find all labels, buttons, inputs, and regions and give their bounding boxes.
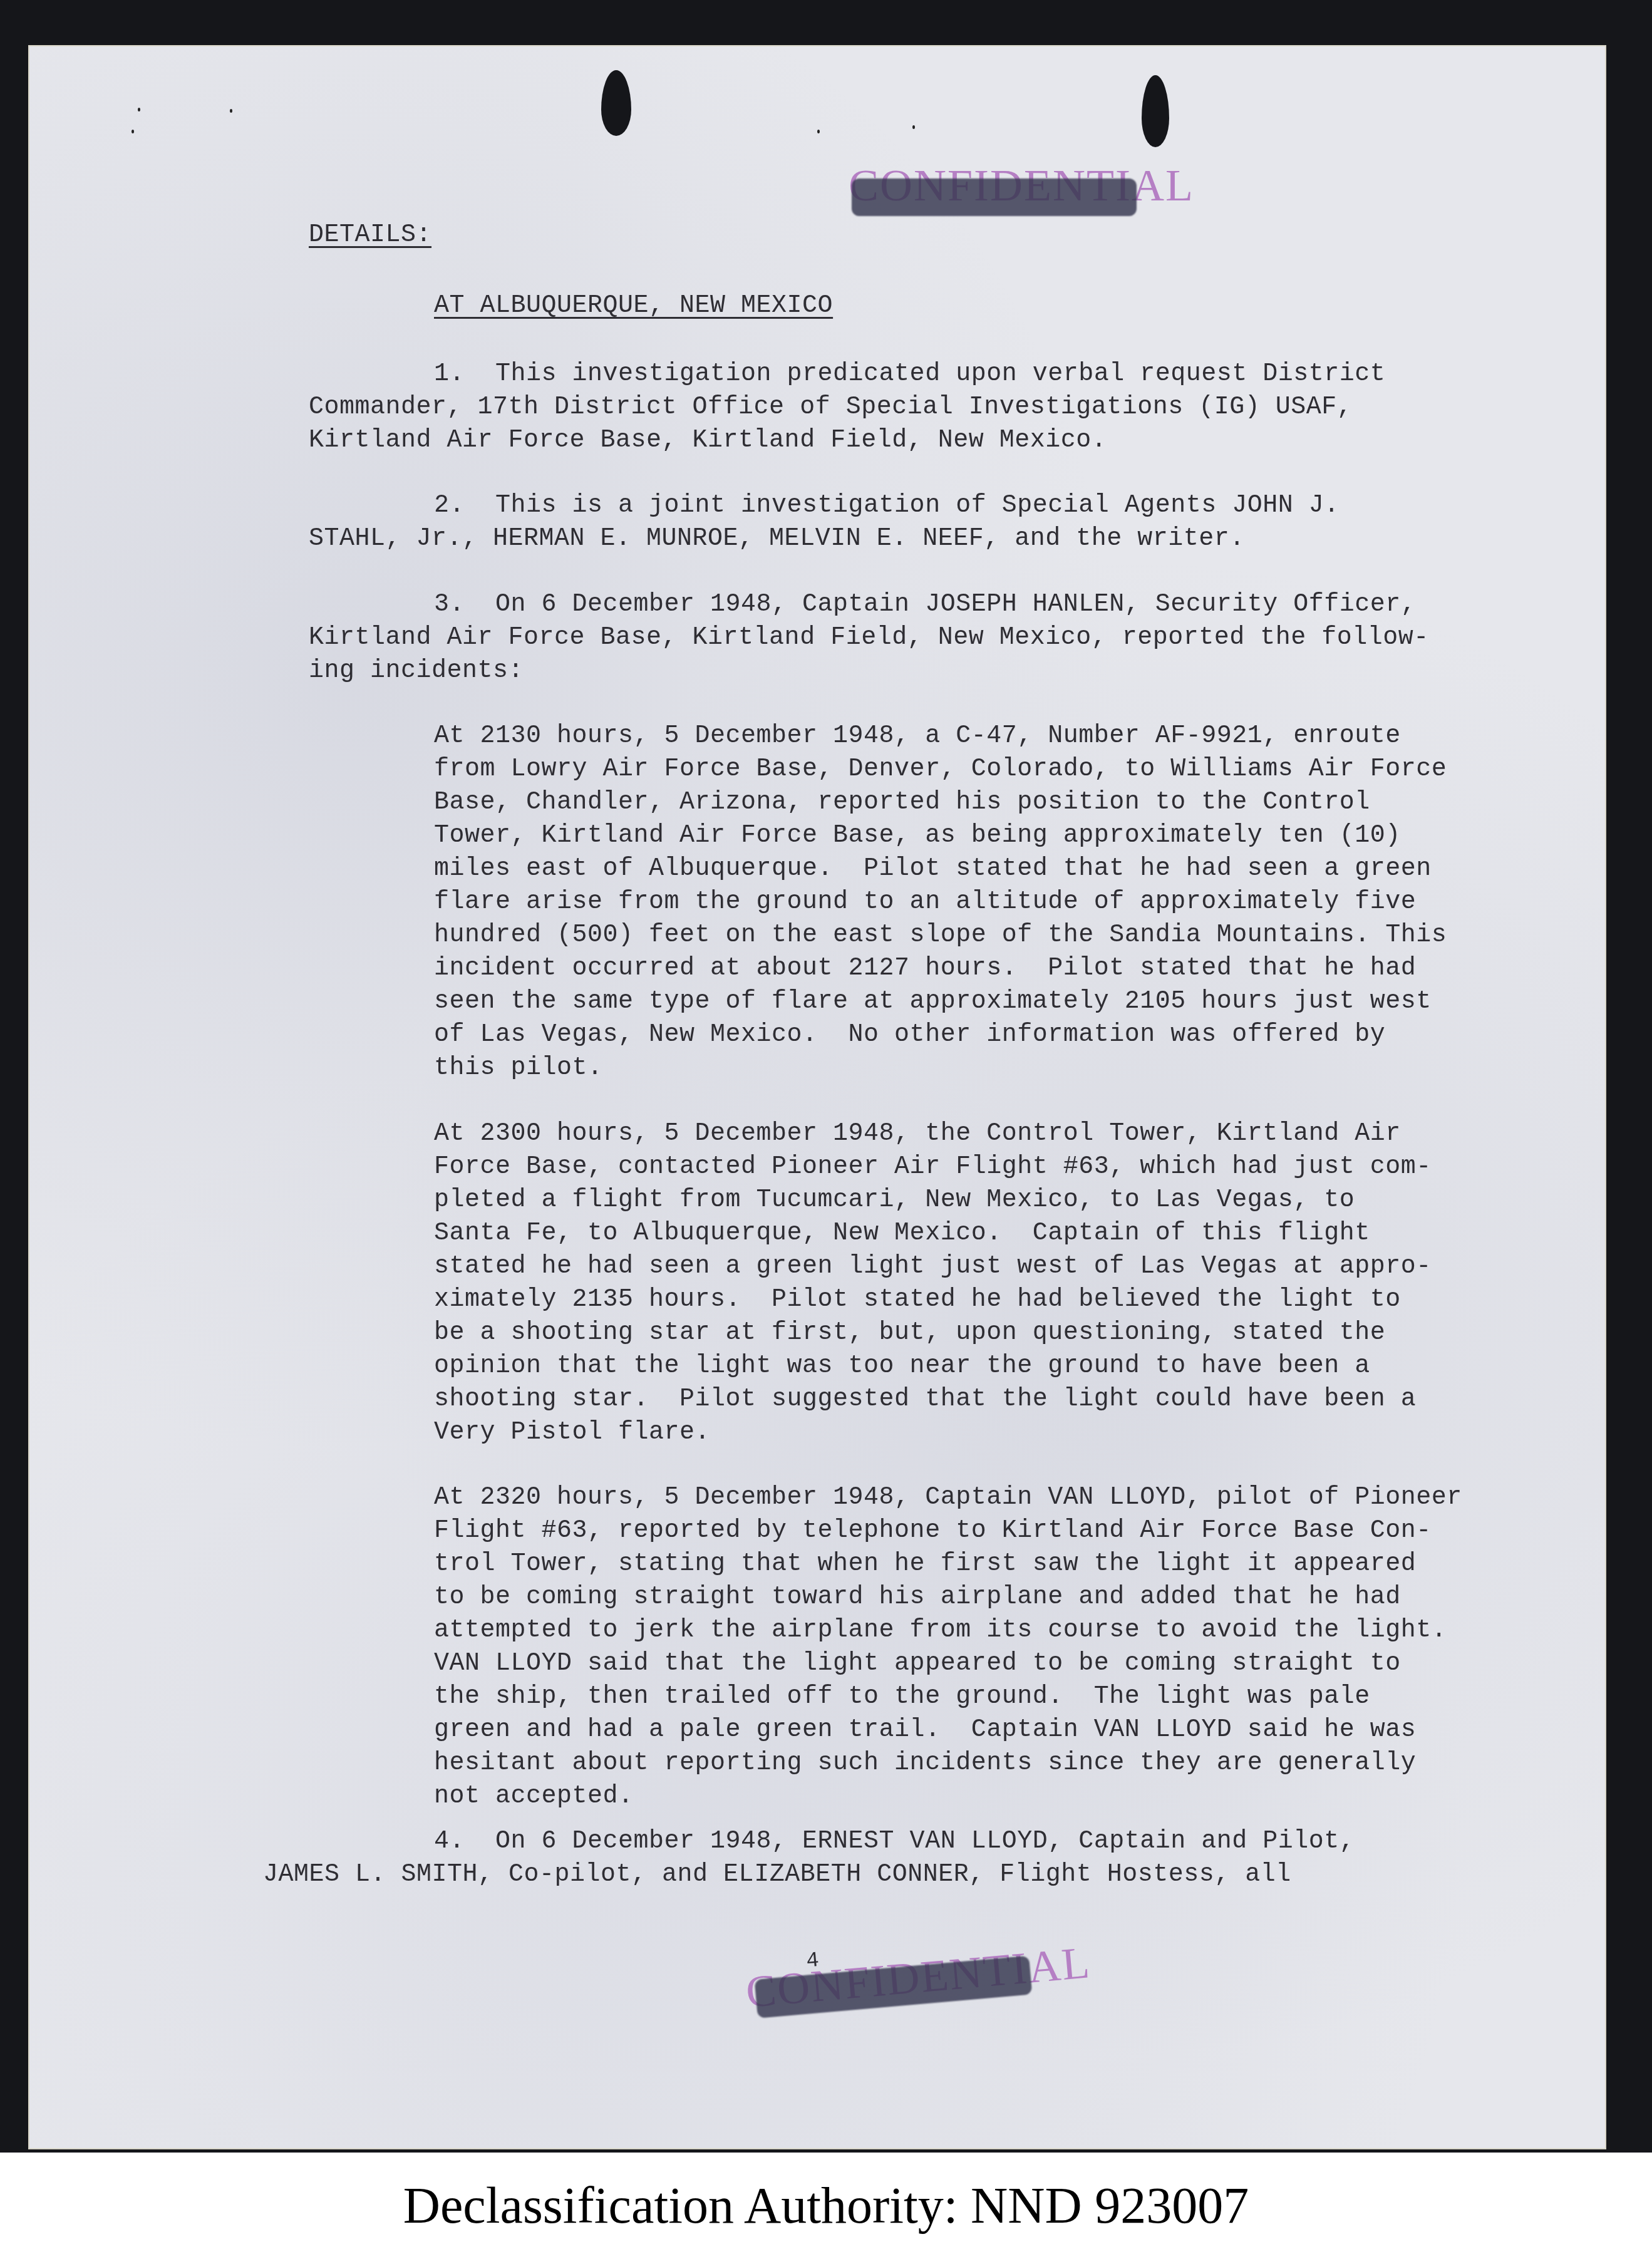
text-line: this pilot. (434, 1052, 603, 1085)
text-line: Commander, 17th District Office of Speci… (309, 391, 1352, 424)
text-line: the ship, then trailed off to the ground… (434, 1681, 1370, 1714)
text-line: pleted a flight from Tucumcari, New Mexi… (434, 1184, 1355, 1217)
text-line: 2. This is a joint investigation of Spec… (434, 490, 1340, 522)
text-line: Very Pistol flare. (434, 1417, 710, 1449)
text-line: to be coming straight toward his airplan… (434, 1581, 1401, 1614)
text-line: opinion that the light was too near the … (434, 1350, 1370, 1383)
text-line: shooting star. Pilot suggested that the … (434, 1383, 1416, 1416)
text-line: At 2300 hours, 5 December 1948, the Cont… (434, 1118, 1401, 1150)
page-number-mark: 4 (805, 1949, 822, 1974)
text-line: JAMES L. SMITH, Co-pilot, and ELIZABETH … (263, 1859, 1291, 1891)
text-line: 3. On 6 December 1948, Captain JOSEPH HA… (434, 589, 1416, 621)
text-line: Kirtland Air Force Base, Kirtland Field,… (309, 622, 1429, 654)
paper-speck (817, 130, 820, 133)
declassification-caption: Declassification Authority: NND 923007 (403, 2176, 1249, 2235)
text-line: hundred (500) feet on the east slope of … (434, 919, 1447, 952)
text-line: VAN LLOYD said that the light appeared t… (434, 1648, 1401, 1680)
text-line: Force Base, contacted Pioneer Air Flight… (434, 1151, 1432, 1184)
punch-hole-right (1142, 75, 1169, 147)
location-heading: AT ALBUQUERQUE, NEW MEXICO (434, 290, 833, 323)
text-line: At 2130 hours, 5 December 1948, a C-47, … (434, 720, 1401, 753)
text-line: Kirtland Air Force Base, Kirtland Field,… (309, 425, 1107, 457)
text-line: miles east of Albuquerque. Pilot stated … (434, 853, 1432, 886)
text-line: hesitant about reporting such incidents … (434, 1747, 1416, 1780)
text-line: seen the same type of flare at approxima… (434, 986, 1432, 1018)
text-line: At 2320 hours, 5 December 1948, Captain … (434, 1482, 1462, 1514)
text-line: stated he had seen a green light just we… (434, 1251, 1432, 1283)
text-line: trol Tower, stating that when he first s… (434, 1548, 1416, 1581)
text-line: ximately 2135 hours. Pilot stated he had… (434, 1284, 1401, 1316)
text-line: green and had a pale green trail. Captai… (434, 1714, 1416, 1747)
text-line: 1. This investigation predicated upon ve… (434, 358, 1385, 391)
punch-hole-left (601, 70, 631, 136)
text-line: be a shooting star at first, but, upon q… (434, 1317, 1385, 1350)
text-line: STAHL, Jr., HERMAN E. MUNROE, MELVIN E. … (309, 523, 1245, 556)
text-line: of Las Vegas, New Mexico. No other infor… (434, 1019, 1385, 1052)
text-line: flare arise from the ground to an altitu… (434, 886, 1416, 919)
paper-speck (132, 130, 134, 133)
text-line: Santa Fe, to Albuquerque, New Mexico. Ca… (434, 1217, 1370, 1250)
text-line: attempted to jerk the airplane from its … (434, 1615, 1447, 1647)
declassification-footer: Declassification Authority: NND 923007 (0, 2153, 1652, 2259)
text-line: Flight #63, reported by telephone to Kir… (434, 1515, 1432, 1548)
paper-speck (138, 108, 140, 111)
paper-speck (912, 125, 915, 129)
text-line: Tower, Kirtland Air Force Base, as being… (434, 820, 1401, 852)
text-line: Base, Chandler, Arizona, reported his po… (434, 787, 1370, 819)
section-heading: DETAILS: (309, 219, 431, 252)
text-line: from Lowry Air Force Base, Denver, Color… (434, 753, 1447, 786)
text-line: not accepted. (434, 1781, 634, 1813)
confidential-stamp-top: CONFIDENTIAL (849, 160, 1194, 212)
text-line: ing incidents: (309, 655, 524, 688)
paper-speck (230, 109, 232, 113)
redaction-mark (852, 178, 1137, 216)
text-line: incident occurred at about 2127 hours. P… (434, 953, 1416, 985)
text-line: 4. On 6 December 1948, ERNEST VAN LLOYD,… (434, 1826, 1355, 1858)
